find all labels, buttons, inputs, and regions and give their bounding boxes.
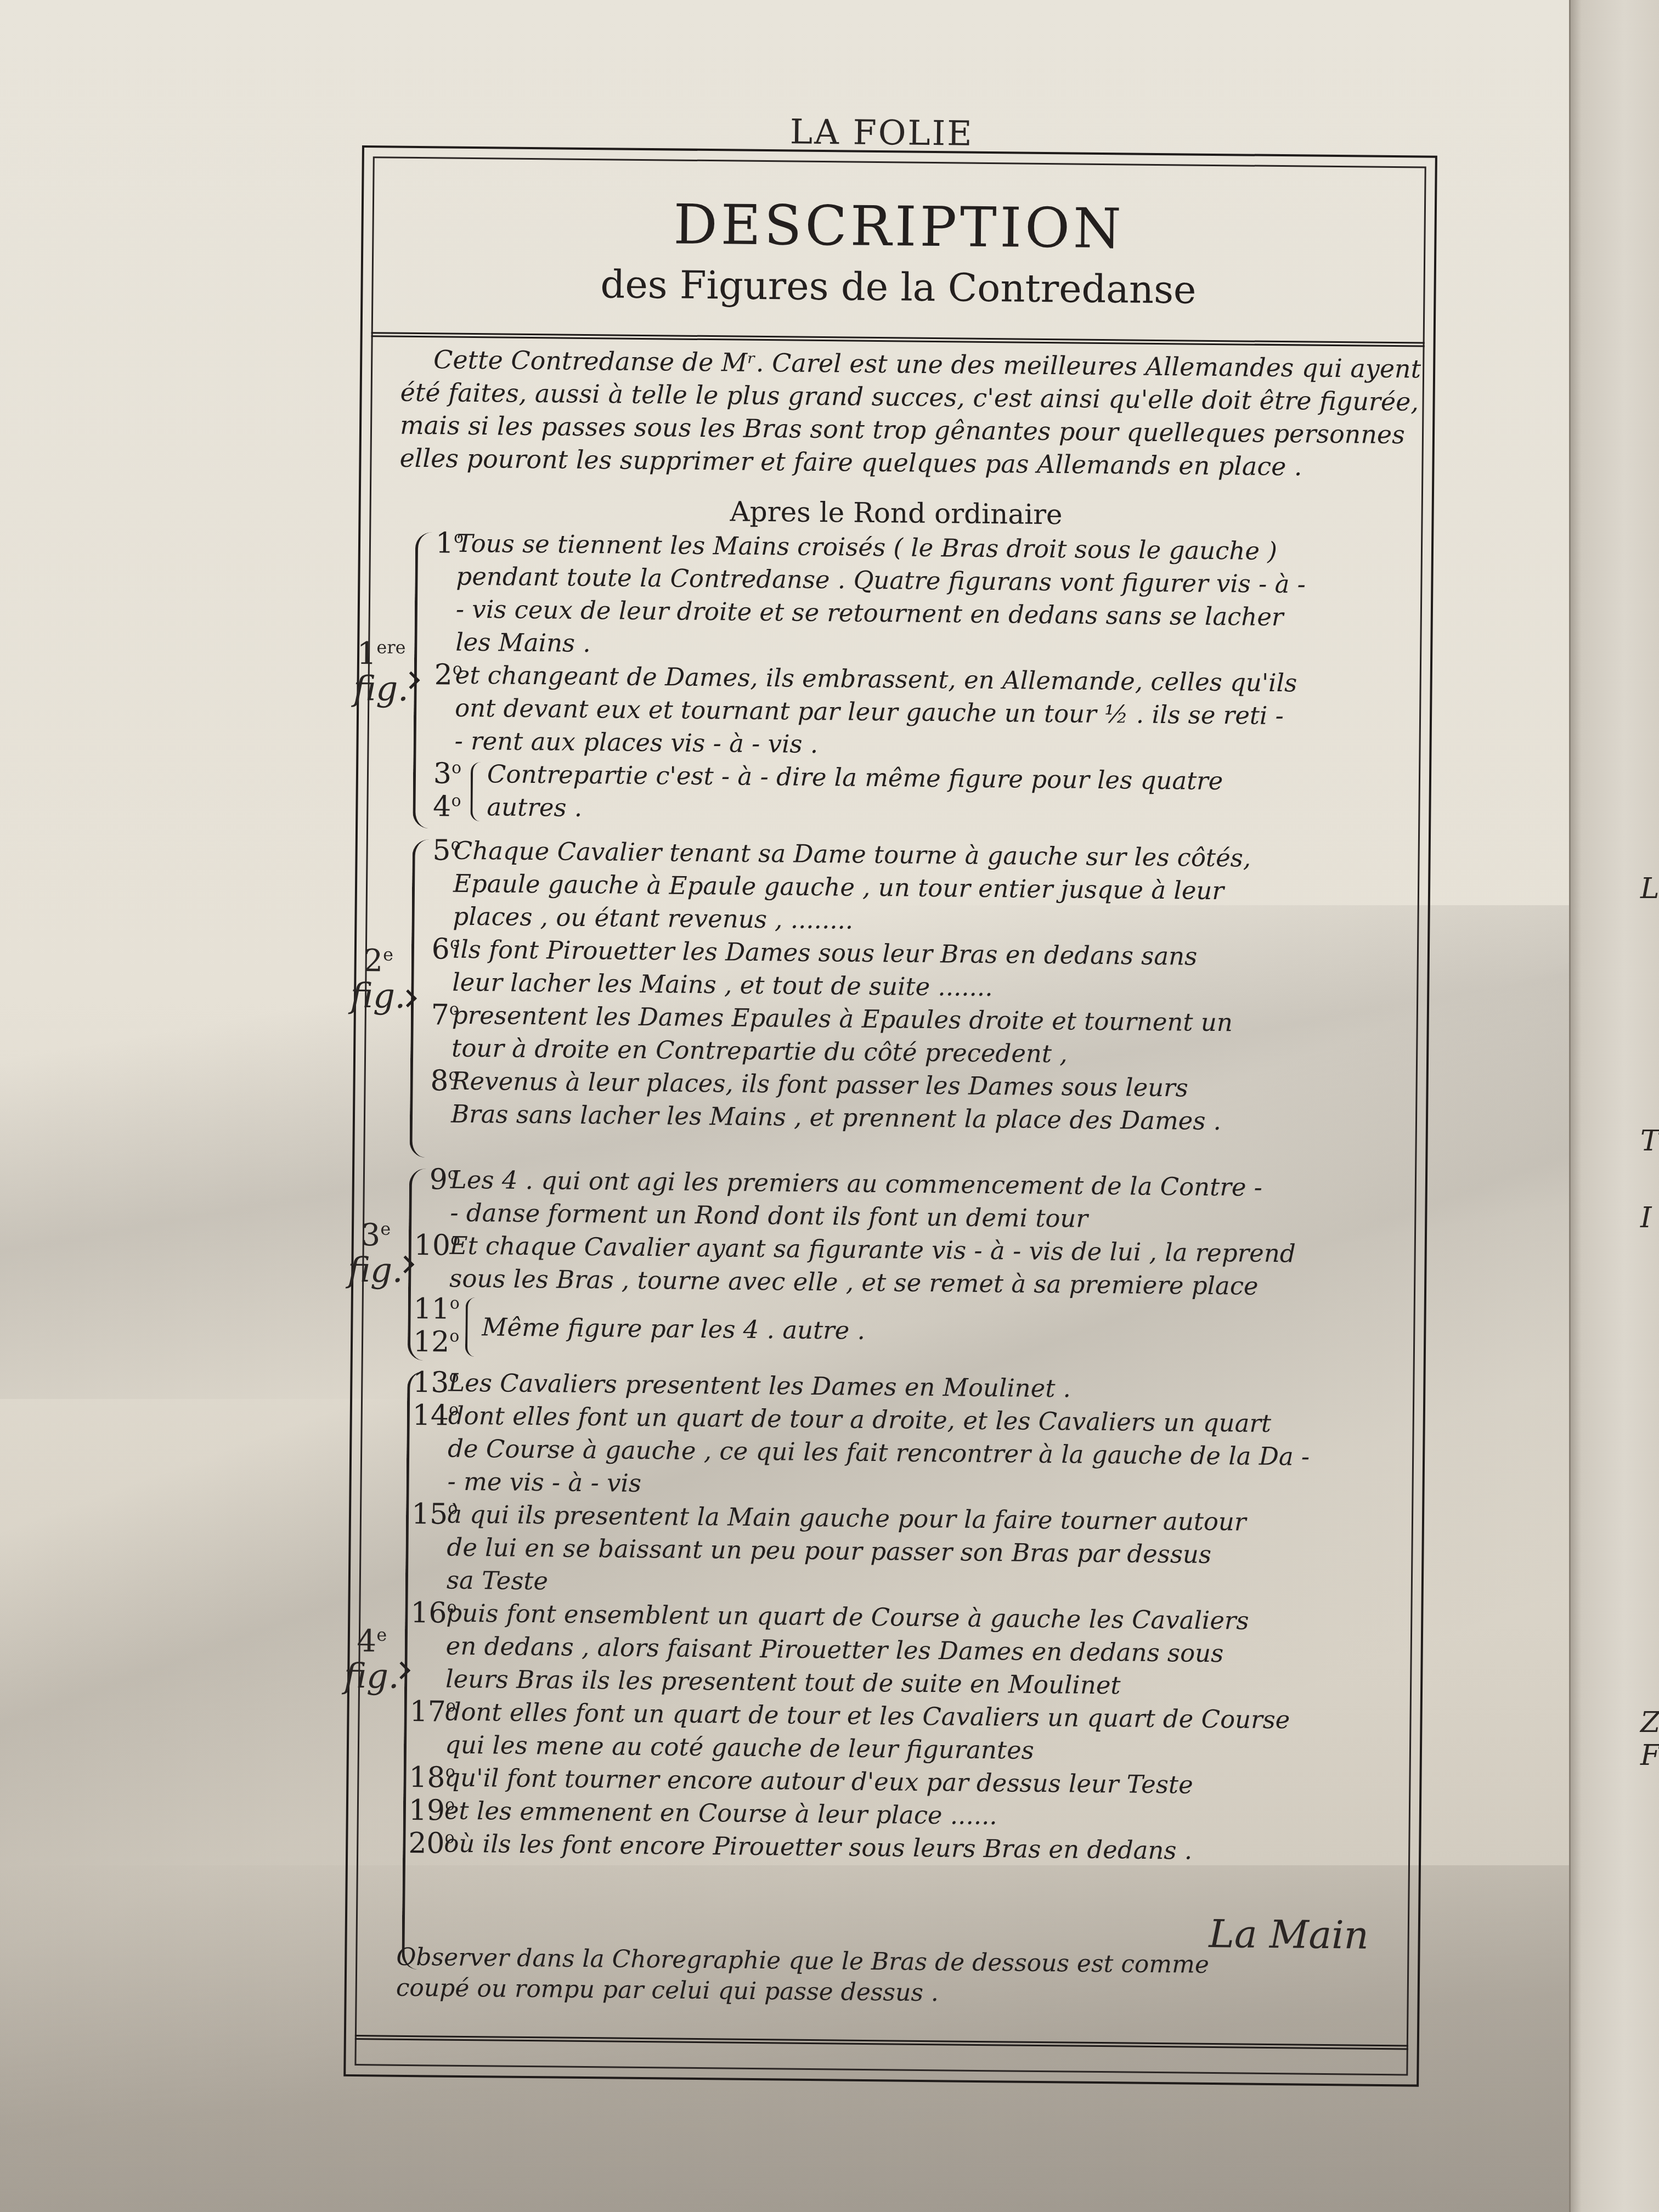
adjacent-page-glyph: F	[1640, 1739, 1659, 1772]
step-number: 11	[413, 1293, 450, 1326]
step-number: 18	[409, 1761, 445, 1795]
adjacent-page-glyph: T	[1640, 1125, 1659, 1158]
step-number: 10	[414, 1229, 450, 1262]
adjacent-page-glyph: I	[1640, 1201, 1652, 1234]
step-number: 3	[433, 757, 452, 790]
step-number: 4	[433, 790, 452, 823]
step-line: Même figure par les 4 . autre .	[482, 1311, 1406, 1352]
step-item: 10o Et chaque Cavalier ayant sa figurant…	[353, 1228, 1407, 1304]
ordinal-mark: o	[452, 758, 461, 777]
page-subtitle: des Figures de la Contredanse	[371, 259, 1425, 314]
ordinal-mark: o	[449, 1327, 459, 1346]
ordinal-mark: o	[450, 1294, 460, 1313]
figure-group-1: 1ere fig. 1o Tous se tiennent les Mains …	[358, 526, 1414, 843]
figure-list: 1ere fig. 1o Tous se tiennent les Mains …	[347, 526, 1414, 1984]
step-item-paired: 3o 4o Contrepartie c'est - à - dire la m…	[358, 757, 1412, 832]
ordinal-mark: o	[450, 1230, 460, 1249]
footnote: Observer dans la Choregraphie que le Bra…	[396, 1942, 1373, 2013]
figure-group-2: 2e fig. 5o Chaque Cavalier tenant sa Dam…	[354, 833, 1411, 1172]
engraved-frame: DESCRIPTION des Figures de la Contredans…	[343, 145, 1437, 2087]
ordinal-mark: o	[449, 1000, 459, 1019]
ordinal-mark: o	[454, 528, 464, 547]
step-item: 6o ils font Pirouetter les Dames sous le…	[356, 932, 1410, 1008]
ordinal-mark: o	[448, 1499, 458, 1518]
small-brace-icon	[470, 762, 483, 821]
adjacent-page-glyph: L	[1640, 872, 1659, 905]
running-head: LA FOLIE	[790, 111, 974, 153]
step-item: 16o puis font ensemblent un quart de Cou…	[349, 1596, 1404, 1705]
ordinal-mark: o	[449, 1367, 459, 1386]
step-item: 14o dont elles font un quart de tour a d…	[351, 1398, 1406, 1507]
step-item: 9o Les 4 . qui ont agi les premiers au c…	[354, 1163, 1408, 1238]
title-cartouche: DESCRIPTION des Figures de la Contredans…	[371, 156, 1426, 347]
ordinal-mark: o	[448, 1164, 458, 1183]
intro-paragraph: Cette Contredanse de Mʳ. Carel est une d…	[399, 343, 1399, 484]
step-item: 2o et changeant de Dames, ils embrassent…	[358, 658, 1413, 766]
ordinal-mark: o	[450, 934, 460, 953]
step-item-paired: 11o 12o Même figure par les 4 . autre .	[353, 1294, 1407, 1370]
step-item: 17o dont elles font un quart de tour et …	[349, 1695, 1403, 1770]
ordinal-mark: o	[445, 1762, 455, 1781]
step-number: 14	[412, 1399, 449, 1432]
ordinal-mark: o	[449, 1065, 459, 1085]
step-number: 9	[429, 1163, 448, 1196]
ordinal-mark: o	[451, 835, 461, 854]
step-number: 7	[431, 998, 449, 1031]
ordinal-mark: o	[447, 1598, 456, 1617]
step-number: 17	[409, 1695, 446, 1729]
step-item: 1o Tous se tiennent les Mains croisés ( …	[359, 526, 1414, 668]
adjacent-page-glyph: Z	[1640, 1706, 1659, 1739]
step-number: 13	[413, 1366, 449, 1400]
step-number: 5	[432, 834, 451, 867]
page-title: DESCRIPTION	[372, 189, 1426, 263]
ordinal-mark: o	[451, 791, 461, 810]
small-brace-icon	[465, 1297, 478, 1357]
step-item: 8o Revenus à leur places, ils font passe…	[355, 1064, 1409, 1139]
figure-group-4: 4e fig. 13o Les Cavaliers presentent les…	[347, 1365, 1406, 1984]
ordinal-mark: o	[449, 1400, 459, 1419]
step-item: 15o à qui ils presentent la Main gauche …	[351, 1497, 1405, 1606]
step-item: 5o Chaque Cavalier tenant sa Dame tourne…	[357, 833, 1411, 942]
step-number: 6	[431, 933, 450, 966]
step-number: 19	[409, 1794, 445, 1827]
step-number: 2	[434, 658, 453, 691]
figure-group-3: 3e fig. 9o Les 4 . qui ont agi les premi…	[353, 1163, 1408, 1375]
ordinal-mark: o	[445, 1795, 455, 1814]
adjacent-page-edge	[1569, 0, 1659, 2212]
ordinal-mark: o	[446, 1696, 456, 1716]
ordinal-mark: o	[444, 1828, 454, 1847]
step-number: 15	[411, 1498, 448, 1531]
step-number: 20	[408, 1827, 445, 1860]
step-number: 12	[413, 1325, 450, 1359]
step-item: 7o presentent les Dames Epaules à Epaule…	[356, 998, 1409, 1074]
step-number: 1	[436, 527, 454, 560]
step-number: 8	[430, 1064, 449, 1097]
step-number: 16	[410, 1596, 447, 1630]
ordinal-mark: o	[453, 659, 462, 679]
